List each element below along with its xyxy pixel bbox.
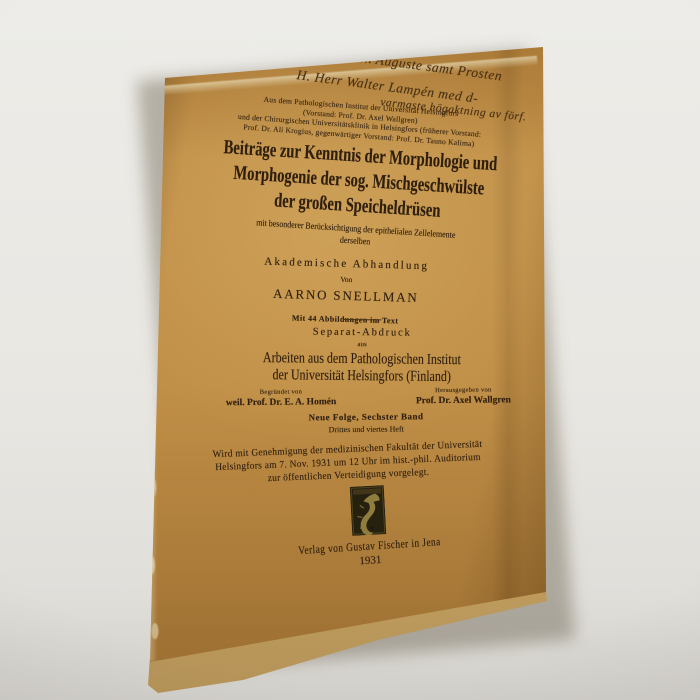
photo-stage: Doktorinnan H. Fröken Auguste samt Prost… [0, 0, 700, 700]
publisher-imprint: Verlag von Gustav Fischer in Jena 1931 [170, 528, 571, 579]
series-title-line: der Universität Helsingfors (Finland) [202, 366, 522, 386]
book-cover: Doktorinnan H. Fröken Auguste samt Prost… [148, 45, 548, 667]
gustav-fischer-fish-emblem-icon [350, 485, 387, 536]
volume-line: Neue Folge, Sechster Band [166, 410, 566, 424]
edited-label: Herausgegeben von [416, 386, 511, 394]
edited-column: Herausgegeben von Prof. Dr. Axel Wallgre… [416, 386, 511, 406]
series-block: Separat-Abdruck aus Arbeiten aus dem Pat… [162, 317, 563, 387]
founder-name: weil. Prof. Dr. E. A. Homén [226, 397, 336, 408]
founded-column: Begründet von weil. Prof. Dr. E. A. Homé… [226, 388, 337, 408]
founded-label: Begründet von [226, 388, 336, 396]
aus-label: aus [162, 338, 562, 350]
divider-rule [343, 319, 381, 320]
editors-block: Begründet von weil. Prof. Dr. E. A. Homé… [166, 386, 566, 436]
editor-name: Prof. Dr. Axel Wallgren [416, 395, 511, 406]
defense-notice: Wird mit Genehmigung der medizinischen F… [147, 435, 548, 490]
issue-line: Drittes und viertes Heft [166, 423, 566, 436]
